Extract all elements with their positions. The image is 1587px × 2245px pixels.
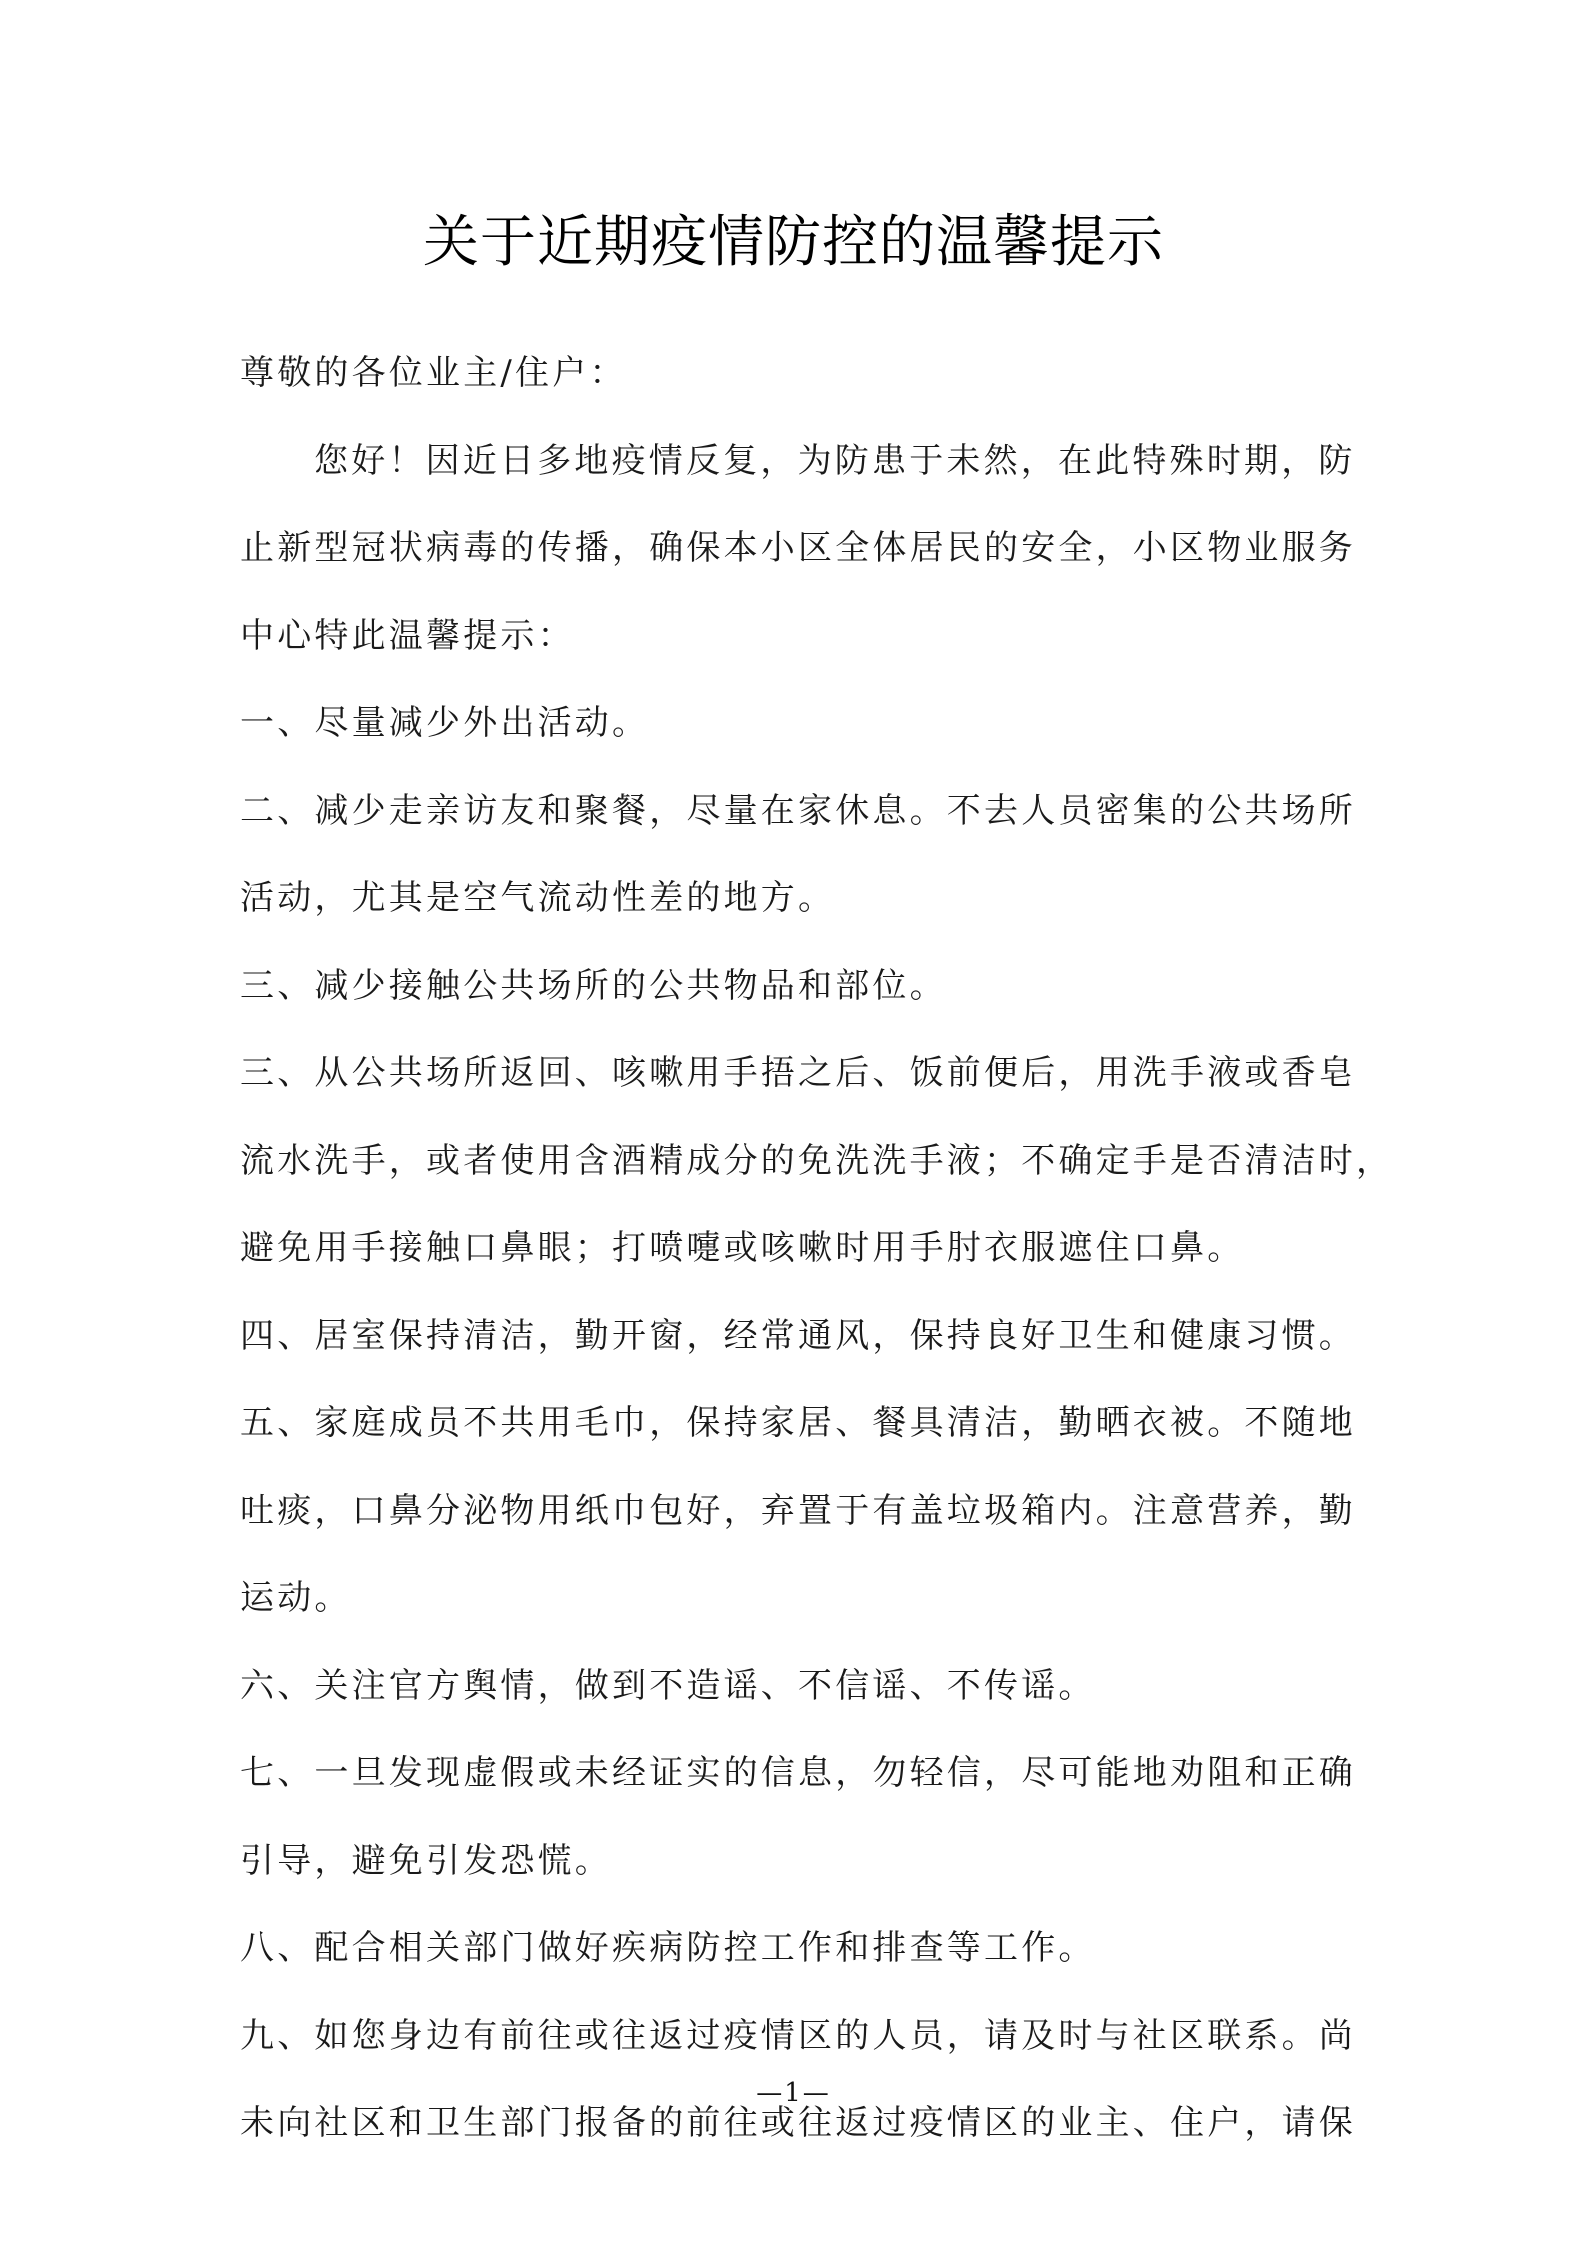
list-item-4: 四、居室保持清洁，勤开窗，经常通风，保持良好卫生和健康习惯。 bbox=[240, 1293, 1360, 1381]
intro-line: 止新型冠状病毒的传播，确保本小区全体居民的安全，小区物业服务 bbox=[240, 505, 1360, 593]
document-body: 尊敬的各位业主/住户： 您好！因近日多地疫情反复，为防患于未然，在此特殊时期，防… bbox=[240, 330, 1360, 2168]
list-item-1: 一、尽量减少外出活动。 bbox=[240, 680, 1360, 768]
list-item-line: 二、减少走亲访友和聚餐，尽量在家休息。不去人员密集的公共场所 bbox=[240, 768, 1360, 856]
list-item-3: 三、减少接触公共场所的公共物品和部位。 bbox=[240, 943, 1360, 1031]
list-item-line: 三、减少接触公共场所的公共物品和部位。 bbox=[240, 943, 1360, 1031]
list-item-line: 活动，尤其是空气流动性差的地方。 bbox=[240, 855, 1360, 943]
list-item-line: 六、关注官方舆情，做到不造谣、不信谣、不传谣。 bbox=[240, 1643, 1360, 1731]
list-item-7: 七、一旦发现虚假或未经证实的信息，勿轻信，尽可能地劝阻和正确 引导，避免引发恐慌… bbox=[240, 1730, 1360, 1905]
list-item-3b: 三、从公共场所返回、咳嗽用手捂之后、饭前便后，用洗手液或香皂 流水洗手，或者使用… bbox=[240, 1030, 1360, 1293]
list-item-8: 八、配合相关部门做好疾病防控工作和排查等工作。 bbox=[240, 1905, 1360, 1993]
intro-line: 您好！因近日多地疫情反复，为防患于未然，在此特殊时期，防 bbox=[240, 418, 1360, 506]
list-item-line: 七、一旦发现虚假或未经证实的信息，勿轻信，尽可能地劝阻和正确 bbox=[240, 1730, 1360, 1818]
list-item-line: 四、居室保持清洁，勤开窗，经常通风，保持良好卫生和健康习惯。 bbox=[240, 1293, 1360, 1381]
list-item-5: 五、家庭成员不共用毛巾，保持家居、餐具清洁，勤晒衣被。不随地 吐痰，口鼻分泌物用… bbox=[240, 1380, 1360, 1643]
document-title: 关于近期疫情防控的温馨提示 bbox=[0, 198, 1587, 278]
list-item-2: 二、减少走亲访友和聚餐，尽量在家休息。不去人员密集的公共场所 活动，尤其是空气流… bbox=[240, 768, 1360, 943]
list-item-6: 六、关注官方舆情，做到不造谣、不信谣、不传谣。 bbox=[240, 1643, 1360, 1731]
list-item-line: 运动。 bbox=[240, 1555, 1360, 1643]
list-item-line: 三、从公共场所返回、咳嗽用手捂之后、饭前便后，用洗手液或香皂 bbox=[240, 1030, 1360, 1118]
intro-line: 中心特此温馨提示： bbox=[240, 593, 1360, 681]
list-item-line: 引导，避免引发恐慌。 bbox=[240, 1818, 1360, 1906]
document-page: 关于近期疫情防控的温馨提示 尊敬的各位业主/住户： 您好！因近日多地疫情反复，为… bbox=[0, 0, 1587, 2245]
list-item-line: 五、家庭成员不共用毛巾，保持家居、餐具清洁，勤晒衣被。不随地 bbox=[240, 1380, 1360, 1468]
list-item-line: 九、如您身边有前往或往返过疫情区的人员，请及时与社区联系。尚 bbox=[240, 1993, 1360, 2081]
list-item-line: 吐痰，口鼻分泌物用纸巾包好，弃置于有盖垃圾箱内。注意营养，勤 bbox=[240, 1468, 1360, 1556]
list-item-line: 流水洗手，或者使用含酒精成分的免洗洗手液；不确定手是否清洁时， bbox=[240, 1118, 1360, 1206]
list-item-line: 一、尽量减少外出活动。 bbox=[240, 680, 1360, 768]
list-item-line: 避免用手接触口鼻眼；打喷嚏或咳嗽时用手肘衣服遮住口鼻。 bbox=[240, 1205, 1360, 1293]
salutation: 尊敬的各位业主/住户： bbox=[240, 330, 1360, 418]
intro-paragraph: 您好！因近日多地疫情反复，为防患于未然，在此特殊时期，防 止新型冠状病毒的传播，… bbox=[240, 418, 1360, 681]
list-item-line: 八、配合相关部门做好疾病防控工作和排查等工作。 bbox=[240, 1905, 1360, 1993]
page-number: —1— bbox=[0, 2078, 1587, 2108]
